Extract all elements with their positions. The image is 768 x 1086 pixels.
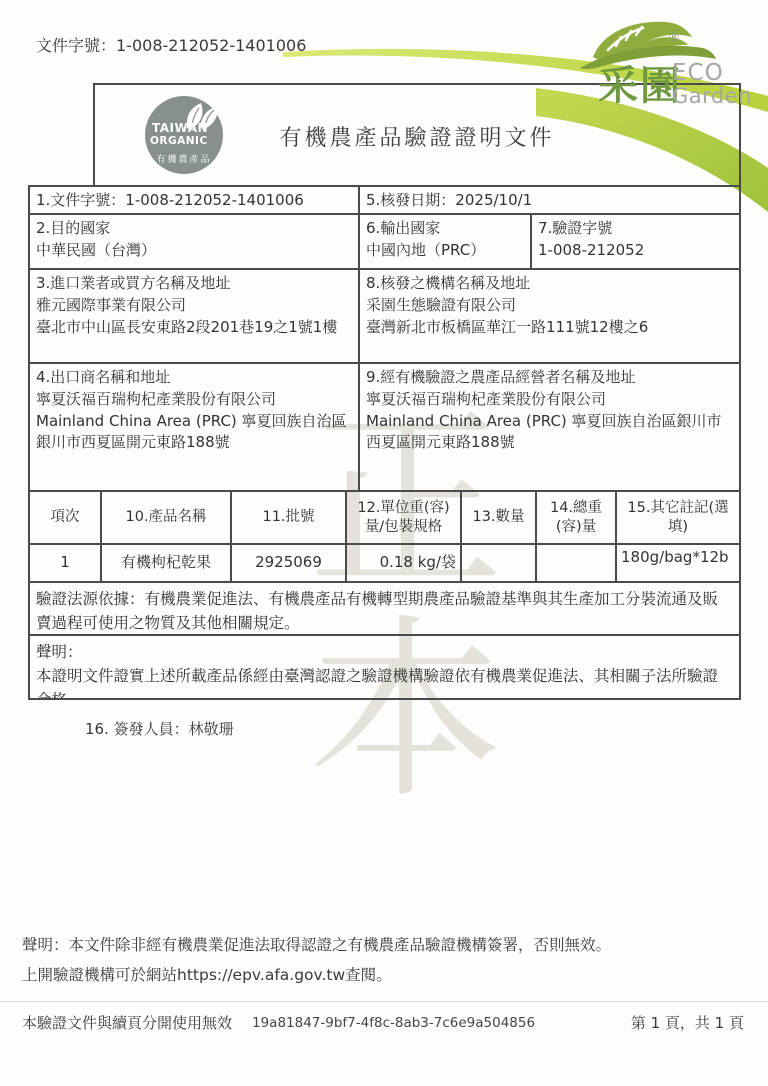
product-cell-total-weight	[537, 545, 617, 581]
footer-notice-line1: 聲明：本文件除非經有機農業促進法取得認證之有機農產品驗證機構簽署，否則無效。	[22, 933, 611, 955]
product-col-quantity: 13.數量	[462, 492, 537, 543]
field-importer: 3.進口業者或買方名稱及地址 雅元國際事業有限公司 臺北市中山區長安東路2段20…	[30, 270, 360, 362]
product-col-index: 項次	[30, 492, 102, 543]
row-doc-number: 1.文件字號：1-008-212052-1401006 5.核發日期：2025/…	[30, 187, 739, 215]
field-certification-number: 7.驗證字號 1-008-212052	[532, 215, 739, 268]
document-number-header: 文件字號：1-008-212052-1401006	[36, 33, 306, 56]
brand-name-chinese: 采園	[598, 54, 682, 111]
product-cell-batch: 2925069	[232, 545, 347, 581]
row-product-header: 項次 10.產品名稱 11.批號 12.單位重(容)量/包裝規格 13.數量 1…	[30, 492, 739, 545]
issuing-body-label: 8.核發之機構名稱及地址	[366, 273, 733, 295]
exporter-address: Mainland China Area (PRC) 寧夏回族自治區銀川市西夏區開…	[36, 411, 352, 455]
brand-name-eco: ECO	[672, 60, 724, 86]
footer-document-uuid: 19a81847-9bf7-4f8c-8ab3-7c6e9a504856	[252, 1015, 535, 1031]
field-exporter: 4.出口商名稱和地址 寧夏沃福百瑞枸杞產業股份有限公司 Mainland Chi…	[30, 364, 360, 490]
field-issuing-body: 8.核發之機構名稱及地址 采園生態驗證有限公司 臺灣新北市板橋區華江一路111號…	[360, 270, 739, 362]
field-issue-date: 5.核發日期：2025/10/1	[360, 187, 739, 213]
importer-address: 臺北市中山區長安東路2段201巷19之1號1樓	[36, 317, 352, 339]
declaration-label: 聲明：	[36, 640, 733, 664]
signer-name: 16. 簽發人員：林敬珊	[85, 718, 234, 739]
certificate-table: 1.文件字號：1-008-212052-1401006 5.核發日期：2025/…	[28, 185, 741, 700]
product-col-total-weight: 14.總重(容)量	[537, 492, 617, 543]
footer-page-indicator: 第 1 頁，共 1 頁	[631, 1012, 744, 1033]
footer-divider	[0, 1001, 768, 1002]
product-cell-unit-weight: 0.18 kg/袋	[347, 545, 462, 581]
declaration-cell: 聲明： 本證明文件證實上述所載產品係經由臺灣認證之驗證機構驗證依有機農業促進法、…	[30, 636, 739, 698]
row-importer-issuer: 3.進口業者或買方名稱及地址 雅元國際事業有限公司 臺北市中山區長安東路2段20…	[30, 270, 739, 364]
certified-operator-name: 寧夏沃福百瑞枸杞產業股份有限公司	[366, 389, 733, 411]
exporter-label: 4.出口商名稱和地址	[36, 367, 352, 389]
seal-text-organic-produce: 有機農產品	[145, 152, 223, 165]
product-cell-remarks: 180g/bag*12b	[617, 545, 739, 581]
certificate-title: 有機農產品驗證證明文件	[95, 121, 739, 152]
product-col-name: 10.產品名稱	[102, 492, 232, 543]
importer-name: 雅元國際事業有限公司	[36, 295, 352, 317]
exporter-name: 寧夏沃福百瑞枸杞產業股份有限公司	[36, 389, 352, 411]
brand-name-garden: Garden	[672, 84, 752, 108]
field-document-number: 1.文件字號：1-008-212052-1401006	[30, 187, 360, 213]
product-cell-name: 有機枸杞乾果	[102, 545, 232, 581]
export-country-value: 中國內地（PRC）	[366, 240, 524, 262]
importer-label: 3.進口業者或買方名稱及地址	[36, 273, 352, 295]
row-declaration: 聲明： 本證明文件證實上述所載產品係經由臺灣認證之驗證機構驗證依有機農業促進法、…	[30, 636, 739, 698]
issuing-body-address: 臺灣新北市板橋區華江一路111號12樓之6	[366, 317, 733, 339]
product-col-unit-weight: 12.單位重(容)量/包裝規格	[347, 492, 462, 543]
certification-number-value: 1-008-212052	[538, 240, 733, 262]
field-destination-country: 2.目的國家 中華民國（台灣）	[30, 215, 360, 268]
row-legal-basis: 驗證法源依據：有機農業促進法、有機農產品有機轉型期農產品驗證基準與其生產加工分裝…	[30, 583, 739, 636]
footer-notice-line2: 上開驗證機構可於網站https://epv.afa.gov.tw查閱。	[22, 963, 392, 985]
certificate-page: 正本 文件字號：1-008-212052-1401006 采園 ® ECO Ga…	[0, 0, 768, 1086]
certified-operator-address: Mainland China Area (PRC) 寧夏回族自治區銀川市西夏區開…	[366, 411, 733, 455]
registered-trademark-symbol: ®	[668, 30, 680, 44]
export-country-label: 6.輸出國家	[366, 218, 524, 240]
certified-operator-label: 9.經有機驗證之農產品經營者名稱及地址	[366, 367, 733, 389]
product-cell-quantity	[462, 545, 537, 581]
declaration-body: 本證明文件證實上述所載產品係經由臺灣認證之驗證機構驗證依有機農業促進法、其相關子…	[36, 664, 733, 698]
row-countries: 2.目的國家 中華民國（台灣） 6.輸出國家 中國內地（PRC） 7.驗證字號 …	[30, 215, 739, 270]
product-cell-index: 1	[30, 545, 102, 581]
field-export-country: 6.輸出國家 中國內地（PRC）	[360, 215, 532, 268]
issuing-body-name: 采園生態驗證有限公司	[366, 295, 733, 317]
footer-validity-note: 本驗證文件與續頁分開使用無效	[22, 1012, 232, 1033]
row-exporter-operator: 4.出口商名稱和地址 寧夏沃福百瑞枸杞產業股份有限公司 Mainland Chi…	[30, 364, 739, 492]
destination-country-label: 2.目的國家	[36, 218, 352, 240]
field-certified-operator: 9.經有機驗證之農產品經營者名稱及地址 寧夏沃福百瑞枸杞產業股份有限公司 Mai…	[360, 364, 739, 490]
row-product-data: 1 有機枸杞乾果 2925069 0.18 kg/袋 180g/bag*12b	[30, 545, 739, 583]
certification-number-label: 7.驗證字號	[538, 218, 733, 240]
product-col-remarks: 15.其它註記(選填)	[617, 492, 739, 543]
destination-country-value: 中華民國（台灣）	[36, 240, 352, 262]
eco-garden-logo: 采園 ® ECO Garden	[560, 8, 765, 113]
product-col-batch: 11.批號	[232, 492, 347, 543]
legal-basis-text: 驗證法源依據：有機農業促進法、有機農產品有機轉型期農產品驗證基準與其生產加工分裝…	[30, 583, 739, 634]
